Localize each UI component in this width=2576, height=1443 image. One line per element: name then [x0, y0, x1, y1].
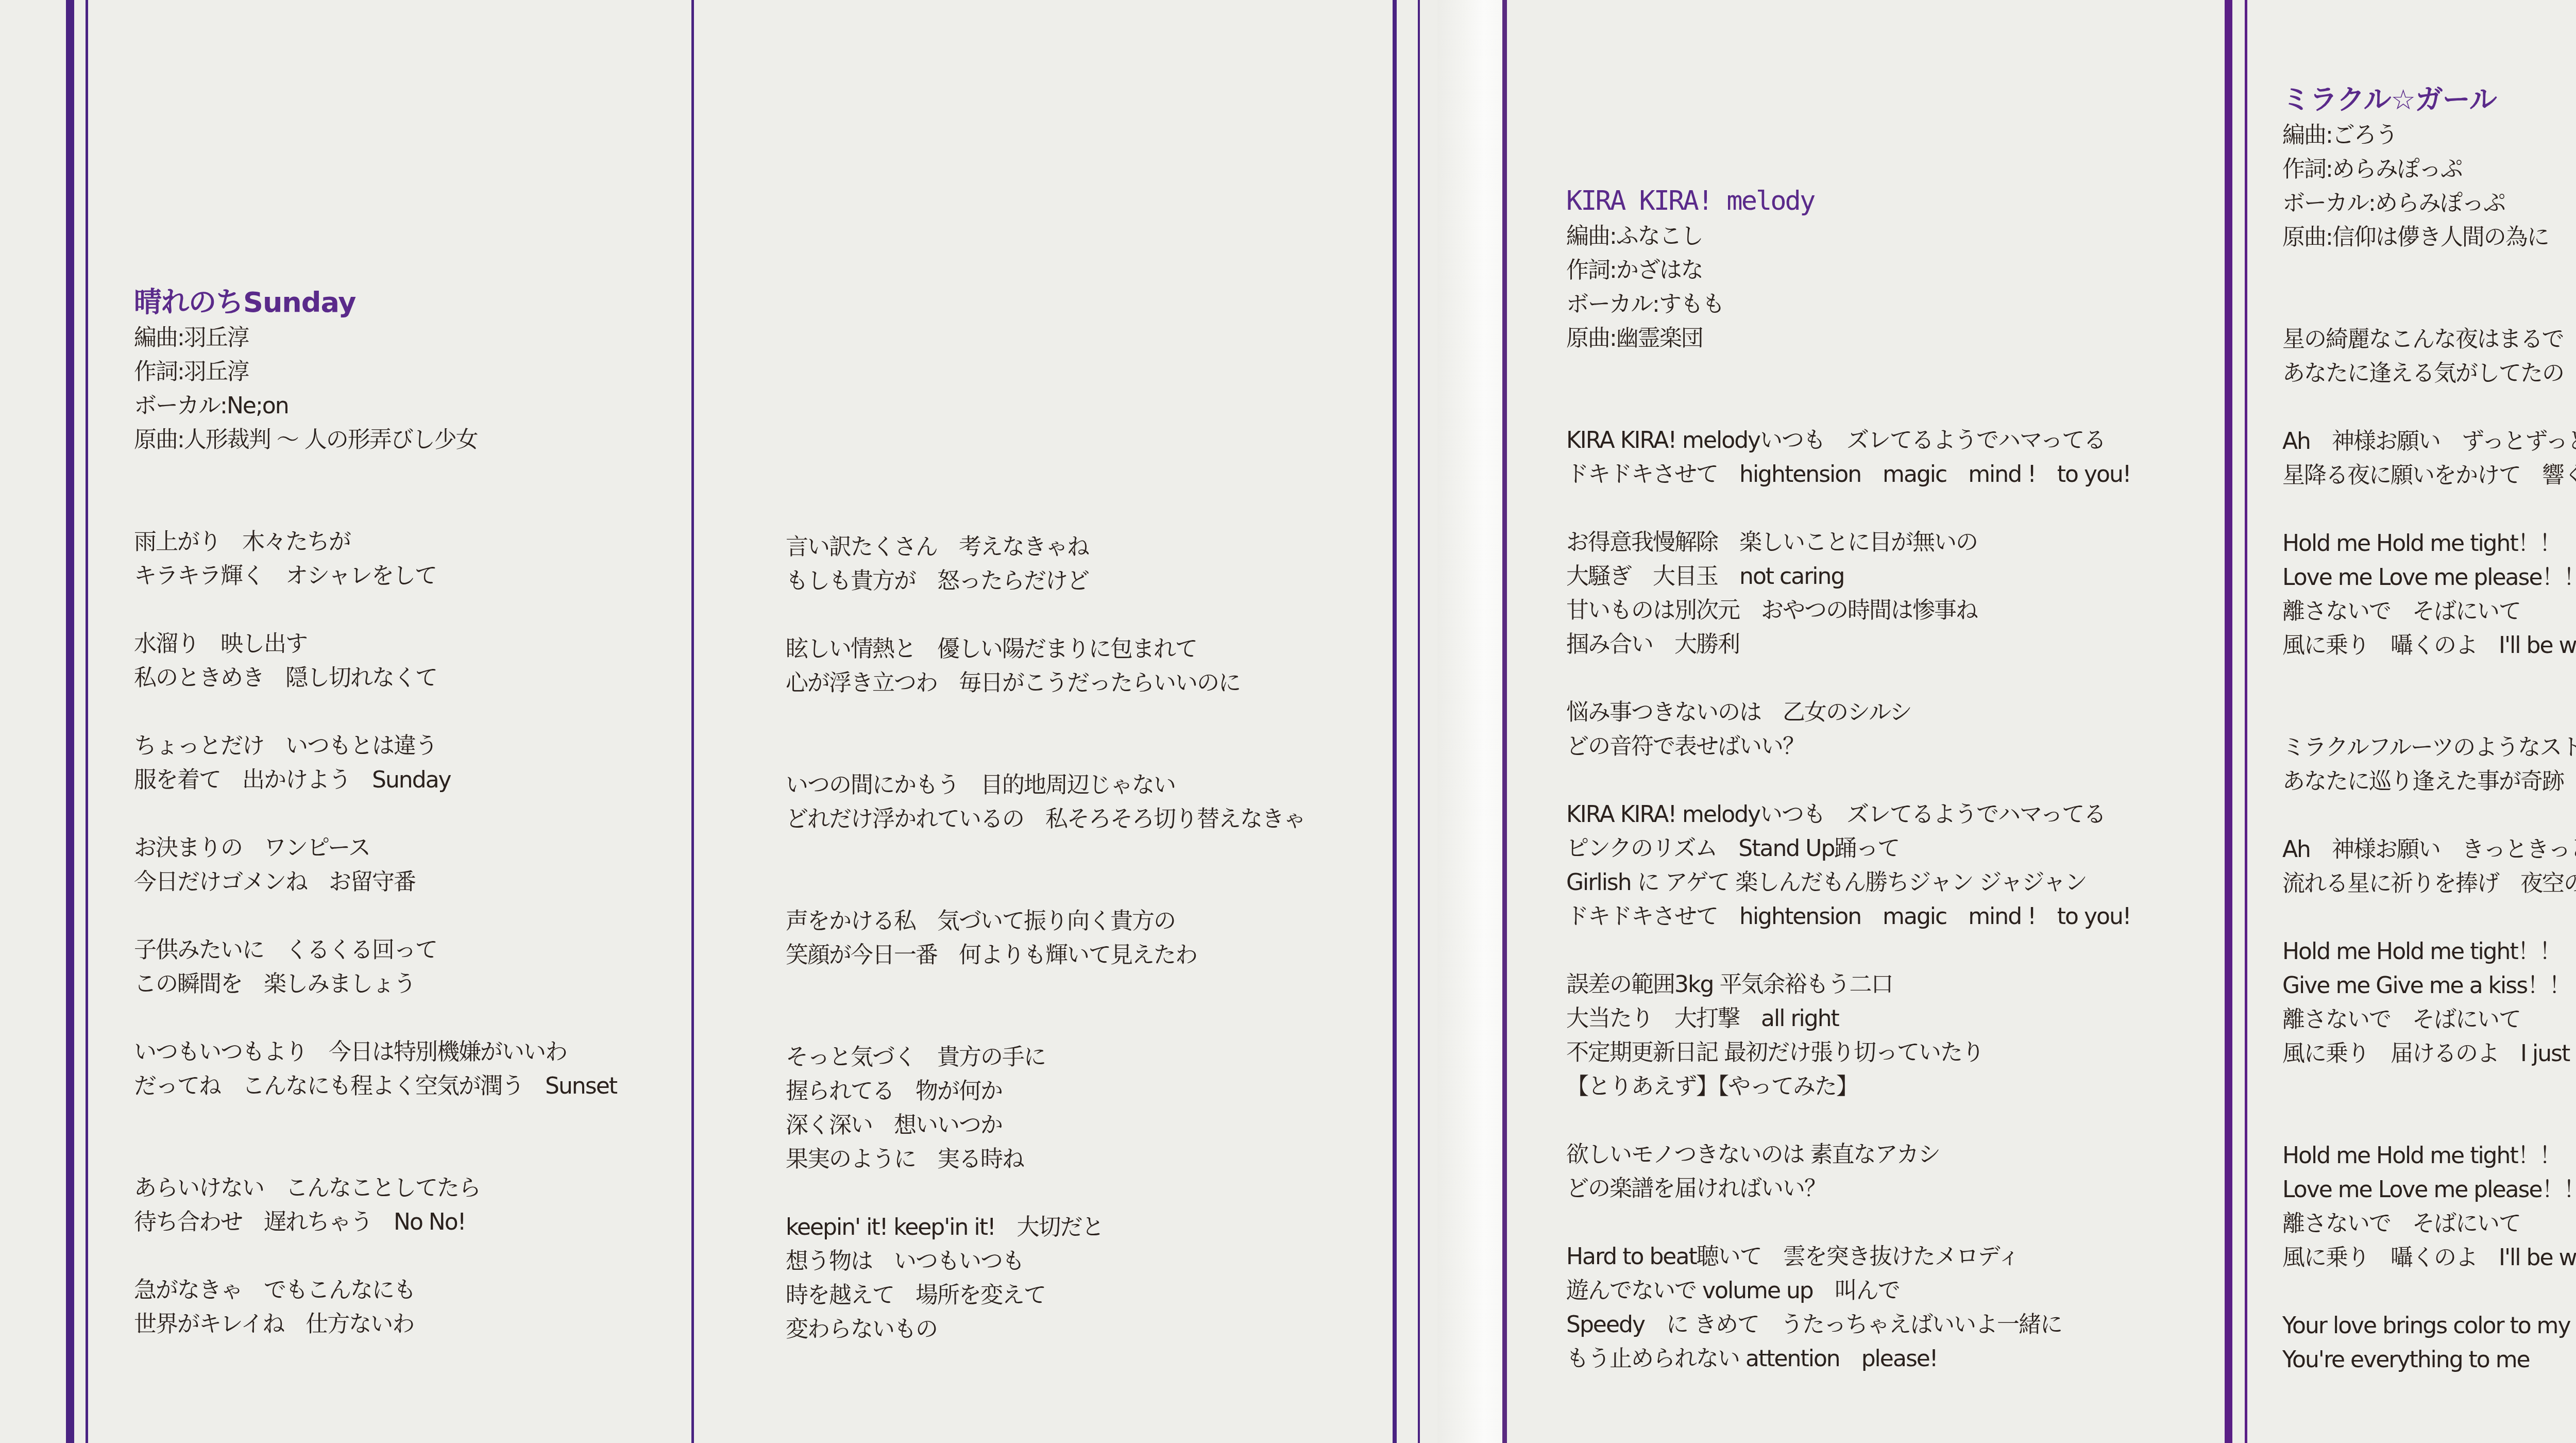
- lyric-line: Girlish に アゲて 楽しんだもん勝ちジャン ジャジャン: [1566, 866, 2130, 900]
- stanza-break: [2282, 1105, 2576, 1139]
- lyric-line: あなたに巡り逢えた事が奇跡: [2282, 765, 2576, 799]
- credit-vocal: ボーカル:すもも: [1566, 288, 2130, 322]
- lyric-line: 悩み事つきないのは 乙女のシルシ: [1566, 696, 2130, 730]
- stanza-break: [2282, 1275, 2576, 1309]
- stanza-break: [1566, 934, 2130, 968]
- lyric-line: 服を着て 出かけよう Sunday: [134, 763, 617, 797]
- lyric-line: ドキドキさせて hightension magic mind ! to you!: [1566, 458, 2130, 492]
- lyric-line: 離さないで そばにいて: [2282, 595, 2576, 629]
- stanza-break: [2282, 663, 2576, 697]
- stanza-break: [786, 598, 1305, 632]
- lyrics-list: 言い訳たくさん 考えなきゃねもしも貴方が 怒ったらだけど眩しい情熱と 優しい陽だ…: [786, 530, 1305, 1347]
- stanza-break: [786, 700, 1305, 734]
- lyric-line: Speedy に きめて うたっちゃえばいいよ一緒に: [1566, 1308, 2130, 1342]
- lyric-line: keepin' it! keep'in it! 大切だと: [786, 1211, 1305, 1245]
- credit-vocal: ボーカル:Ne;on: [134, 389, 617, 423]
- stanza-break: [1566, 662, 2130, 696]
- lyric-line: 心が浮き立つわ 毎日がこうだったらいいのに: [786, 666, 1305, 700]
- song-hare-nochi-sunday: 晴れのちSunday 編曲:羽丘淳 作詞:羽丘淳 ボーカル:Ne;on 原曲:人…: [134, 284, 617, 1341]
- lyric-line: そっと気づく 貴方の手に: [786, 1041, 1305, 1075]
- song-miracle-girl: ミラクル☆ガール 編曲:ごろう 作詞:めらみぽっぷ ボーカル:めらみぽっぷ 原曲…: [2282, 81, 2576, 1377]
- credit-arrangement: 編曲:ごろう: [2282, 119, 2576, 153]
- stanza-break: [1566, 492, 2130, 526]
- credit-lyrics: 作詞:羽丘淳: [134, 355, 617, 389]
- stanza-break: [2282, 255, 2576, 289]
- lyric-line: 風に乗り 囁くのよ I'll be with you forever: [2282, 1241, 2576, 1275]
- lyric-line: もしも貴方が 怒ったらだけど: [786, 564, 1305, 598]
- stanza-break: [134, 1137, 617, 1171]
- stanza-break: [786, 734, 1305, 768]
- lyrics-list: 星の綺麗なこんな夜はまるであなたに逢える気がしてたの darlingAh 神様お…: [2282, 255, 2576, 1377]
- stanza-break: [2282, 1071, 2576, 1105]
- stanza-break: [786, 870, 1305, 904]
- stanza-break: [786, 836, 1305, 870]
- lyric-line: 星の綺麗なこんな夜はまるで: [2282, 323, 2576, 357]
- lyric-line: 変わらないもの: [786, 1313, 1305, 1347]
- left-page-center-rule: [691, 0, 694, 1443]
- lyric-line: お決まりの ワンピース: [134, 831, 617, 865]
- lyric-line: KIRA KIRA! melodyいつも ズレてるようでハマってる: [1566, 798, 2130, 832]
- song-title: 晴れのちSunday: [134, 284, 617, 321]
- stanza-break: [2282, 697, 2576, 731]
- lyric-line: Hard to beat聴いて 雲を突き抜けたメロディ: [1566, 1240, 2130, 1274]
- lyric-line: あらいけない こんなことしてたら: [134, 1171, 617, 1205]
- left-edge-thin-rule: [86, 0, 88, 1443]
- lyric-line: 今日だけゴメンね お留守番: [134, 865, 617, 899]
- lyrics-list: 雨上がり 木々たちがキラキラ輝く オシャレをして水溜り 映し出す私のときめき 隠…: [134, 457, 617, 1341]
- stanza-break: [134, 457, 617, 491]
- lyric-line: いつの間にかもう 目的地周辺じゃない: [786, 768, 1305, 802]
- lyric-line: 欲しいモノつきないのは 素直なアカシ: [1566, 1138, 2130, 1172]
- lyric-line: ドキドキさせて hightension magic mind ! to you!: [1566, 900, 2130, 934]
- lyric-line: だってね こんなにも程よく空気が潤う Sunset: [134, 1069, 617, 1103]
- lyrics-list: KIRA KIRA! melodyいつも ズレてるようでハマってるドキドキさせて…: [1566, 356, 2130, 1376]
- lyric-line: 水溜り 映し出す: [134, 627, 617, 661]
- stanza-break: [134, 797, 617, 831]
- lyric-line: 風に乗り 囁くのよ I'll be with you forever: [2282, 629, 2576, 663]
- lyric-line: 眩しい情熱と 優しい陽だまりに包まれて: [786, 632, 1305, 666]
- lyric-line: Love me Love me please！！: [2282, 561, 2576, 595]
- stanza-break: [786, 972, 1305, 1006]
- stanza-break: [134, 1239, 617, 1273]
- credit-arrangement: 編曲:羽丘淳: [134, 321, 617, 355]
- credit-vocal: ボーカル:めらみぽっぷ: [2282, 187, 2576, 221]
- credit-lyrics: 作詞:かざはな: [1566, 254, 2130, 288]
- lyric-line: 笑顔が今日一番 何よりも輝いて見えたわ: [786, 938, 1305, 972]
- lyric-line: どの楽譜を届ければいい？: [1566, 1172, 2130, 1206]
- lyric-line: Hold me Hold me tight！！: [2282, 935, 2576, 969]
- lyric-line: 大当たり 大打撃 all right: [1566, 1002, 2130, 1036]
- lyric-line: どれだけ浮かれているの 私そろそろ切り替えなきゃ: [786, 802, 1305, 836]
- lyric-line: 風に乗り 届けるのよ I just wanna say I love you: [2282, 1037, 2576, 1071]
- right-page-inner-rule: [1502, 0, 1507, 1443]
- lyric-line: あなたに逢える気がしてたの darling: [2282, 357, 2576, 391]
- lyric-line: 流れる星に祈りを捧げ 夜空のデスティニー: [2282, 867, 2576, 901]
- lyric-line: 急がなきゃ でもこんなにも: [134, 1273, 617, 1307]
- stanza-break: [2282, 799, 2576, 833]
- lyric-line: この瞬間を 楽しみましょう: [134, 967, 617, 1001]
- stanza-break: [2282, 493, 2576, 527]
- lyric-line: KIRA KIRA! melodyいつも ズレてるようでハマってる: [1566, 424, 2130, 458]
- lyric-line: Give me Give me a kiss！！: [2282, 969, 2576, 1003]
- stanza-break: [1566, 390, 2130, 424]
- credit-original: 原曲:幽霊楽団: [1566, 322, 2130, 356]
- lyric-line: 握られてる 物が何か: [786, 1075, 1305, 1109]
- stanza-break: [134, 1103, 617, 1137]
- lyric-line: 果実のように 実る時ね: [786, 1143, 1305, 1177]
- lyric-line: Love me Love me please！！: [2282, 1173, 2576, 1207]
- lyric-line: いつもいつもより 今日は特別機嫌がいいわ: [134, 1035, 617, 1069]
- lyric-line: ミラクルフルーツのようなストーリー: [2282, 731, 2576, 765]
- song-kira-kira-melody: KIRA KIRA! melody 編曲:ふなこし 作詞:かざはな ボーカル:す…: [1566, 182, 2130, 1376]
- stanza-break: [2282, 289, 2576, 323]
- stanza-break: [1566, 356, 2130, 390]
- stanza-break: [134, 593, 617, 627]
- lyric-line: Hold me Hold me tight！！: [2282, 527, 2576, 561]
- left-page-outer-rule-thick: [1393, 0, 1397, 1443]
- lyric-line: どの音符で表せばいい？: [1566, 730, 2130, 764]
- lyric-line: 誤差の範囲3kg 平気余裕もう二口: [1566, 968, 2130, 1002]
- lyric-line: Hold me Hold me tight！！: [2282, 1139, 2576, 1173]
- stanza-break: [2282, 901, 2576, 935]
- lyric-line: 想う物は いつもいつも: [786, 1245, 1305, 1279]
- lyric-line: 大騒ぎ 大目玉 not caring: [1566, 560, 2130, 594]
- stanza-break: [786, 1006, 1305, 1041]
- stanza-break: [134, 1001, 617, 1035]
- lyric-line: 離さないで そばにいて: [2282, 1207, 2576, 1241]
- lyric-line: Ah 神様お願い ずっとずっと近くに: [2282, 425, 2576, 459]
- lyric-line: ちょっとだけ いつもとは違う: [134, 729, 617, 763]
- lyric-line: Your love brings color to my world: [2282, 1309, 2576, 1343]
- credit-original: 原曲:信仰は儚き人間の為に: [2282, 221, 2576, 255]
- lyric-line: 遊んでないで volume up 叫んで: [1566, 1274, 2130, 1308]
- lyric-line: お得意我慢解除 楽しいことに目が無いの: [1566, 526, 2130, 560]
- lyric-line: 星降る夜に願いをかけて 響くよシンフォニー: [2282, 459, 2576, 493]
- lyric-line: 子供みたいに くるくる回って: [134, 933, 617, 967]
- lyric-line: 時を越えて 場所を変えて: [786, 1279, 1305, 1313]
- lyric-line: ピンクのリズム Stand Up踊って: [1566, 832, 2130, 866]
- credit-lyrics: 作詞:めらみぽっぷ: [2282, 153, 2576, 187]
- stanza-break: [134, 491, 617, 525]
- lyric-line: 不定期更新日記 最初だけ張り切っていたり: [1566, 1036, 2130, 1070]
- lyric-line: You're everything to me: [2282, 1343, 2576, 1377]
- left-edge-thick-rule: [66, 0, 74, 1443]
- right-page-center-rule-thick: [2225, 0, 2232, 1443]
- lyric-line: 声をかける私 気づいて振り向く貴方の: [786, 904, 1305, 938]
- lyric-line: 掴み合い 大勝利: [1566, 628, 2130, 662]
- credit-arrangement: 編曲:ふなこし: [1566, 220, 2130, 254]
- stanza-break: [1566, 1104, 2130, 1138]
- lyric-line: 離さないで そばにいて: [2282, 1003, 2576, 1037]
- song-title: KIRA KIRA! melody: [1566, 182, 2130, 220]
- stanza-break: [786, 1177, 1305, 1211]
- lyric-line: 世界がキレイね 仕方ないわ: [134, 1307, 617, 1341]
- credit-original: 原曲:人形裁判 ～ 人の形弄びし少女: [134, 423, 617, 457]
- stanza-break: [1566, 1206, 2130, 1240]
- song-title: ミラクル☆ガール: [2282, 81, 2576, 119]
- stanza-break: [134, 899, 617, 933]
- lyric-line: 雨上がり 木々たちが: [134, 525, 617, 559]
- stanza-break: [2282, 391, 2576, 425]
- right-page-center-rule-thin: [2245, 0, 2247, 1443]
- book-gutter: [1437, 0, 1504, 1443]
- lyric-line: Ah 神様お願い きっときっといつかは: [2282, 833, 2576, 867]
- lyric-line: 待ち合わせ 遅れちゃう No No!: [134, 1205, 617, 1239]
- lyric-line: 言い訳たくさん 考えなきゃね: [786, 530, 1305, 564]
- lyric-line: 私のときめき 隠し切れなくて: [134, 661, 617, 695]
- lyric-line: キラキラ輝く オシャレをして: [134, 559, 617, 593]
- lyric-line: もう止められない attention please!: [1566, 1342, 2130, 1376]
- stanza-break: [134, 695, 617, 729]
- lyric-line: 【とりあえず】【やってみた】: [1566, 1070, 2130, 1104]
- song-hare-nochi-sunday-continued: 言い訳たくさん 考えなきゃねもしも貴方が 怒ったらだけど眩しい情熱と 優しい陽だ…: [786, 530, 1305, 1347]
- left-page-outer-rule-thin: [1418, 0, 1420, 1443]
- lyric-line: 深く深い 想いいつか: [786, 1109, 1305, 1143]
- lyric-line: 甘いものは別次元 おやつの時間は惨事ね: [1566, 594, 2130, 628]
- stanza-break: [1566, 764, 2130, 798]
